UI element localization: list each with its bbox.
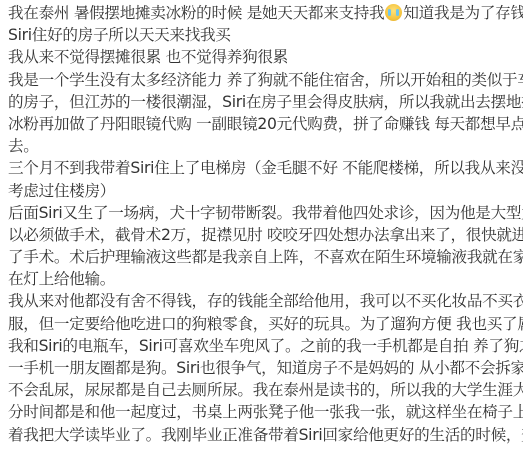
text-line: 我在泰州 暑假摆地摊卖冰粉的时候 是她天天都来支持我知道我是为了存钱给 (8, 2, 523, 24)
text-line: 不会乱尿，尿尿都是自己去厕所尿。我在泰州是读书的，所以我的大学生涯大部 (8, 379, 523, 401)
text-line: 的房子，但江苏的一楼很潮湿，Siri在房子里会得皮肤病，所以我就出去摆地摊卖 (8, 91, 523, 113)
line-text: 知道我是为了存钱给 (403, 4, 523, 22)
text-line: 服，但一定要给他吃进口的狗粮零食，买好的玩具。为了遛狗方便 我也买了属于 (8, 313, 523, 335)
line-text: 我在泰州 暑假摆地摊卖冰粉的时候 是她天天都来支持我 (8, 4, 384, 22)
text-line: 我从来对他都没有舍不得钱，存的钱能全部给他用，我可以不买化妆品不买衣 (8, 290, 523, 312)
text-line: 冰粉再加做了丹阳眼镜代购 一副眼镜20元代购费，拼了命赚钱 每天都想早点搬出 (8, 113, 523, 135)
text-line: 我和Siri的电瓶车，Siri可喜欢坐车兜风了。之前的我一手机都是自拍 养了狗之… (8, 335, 523, 357)
text-line: 我从来不觉得摆摊很累 也不觉得养狗很累 (8, 46, 523, 68)
post-body: 我在泰州 暑假摆地摊卖冰粉的时候 是她天天都来支持我知道我是为了存钱给 Siri… (8, 2, 523, 446)
text-line: 考虑过住楼房） (8, 180, 523, 202)
text-line: 三个月不到我带着Siri住上了电梯房（金毛腿不好 不能爬楼梯，所以我从来没有 (8, 157, 523, 179)
text-line: 我是一个学生没有太多经济能力 养了狗就不能住宿舍，所以开始租的类似于车库 (8, 69, 523, 91)
text-line: 一手机一朋友圈都是狗。Siri也很争气，知道房子不是妈妈的 从小都不会拆家， (8, 357, 523, 379)
text-line: 了手术。术后护理输液这些都是我亲自上阵，不喜欢在陌生环境输液我就在家挂 (8, 246, 523, 268)
text-line: 在灯上给他输。 (8, 268, 523, 290)
text-line: 去。 (8, 135, 523, 157)
text-line: 分时间都是和他一起度过，书桌上两张凳子他一张我一张，就这样坐在椅子上陪 (8, 401, 523, 423)
text-line: 后面Siri又生了一场病，犬十字韧带断裂。我带着他四处求诊，因为他是大型犬所 (8, 202, 523, 224)
text-line: 着我把大学读毕业了。我刚毕业正准备带着Siri回家给他更好的生活的时候，变故 (8, 424, 523, 446)
text-line: Siri住好的房子所以天天来找我买 (8, 24, 523, 46)
crying-face-icon (385, 4, 402, 21)
text-line: 以必须做手术，截骨术2万，捉襟见肘 咬咬牙四处想办法拿出来了，很快就进行 (8, 224, 523, 246)
